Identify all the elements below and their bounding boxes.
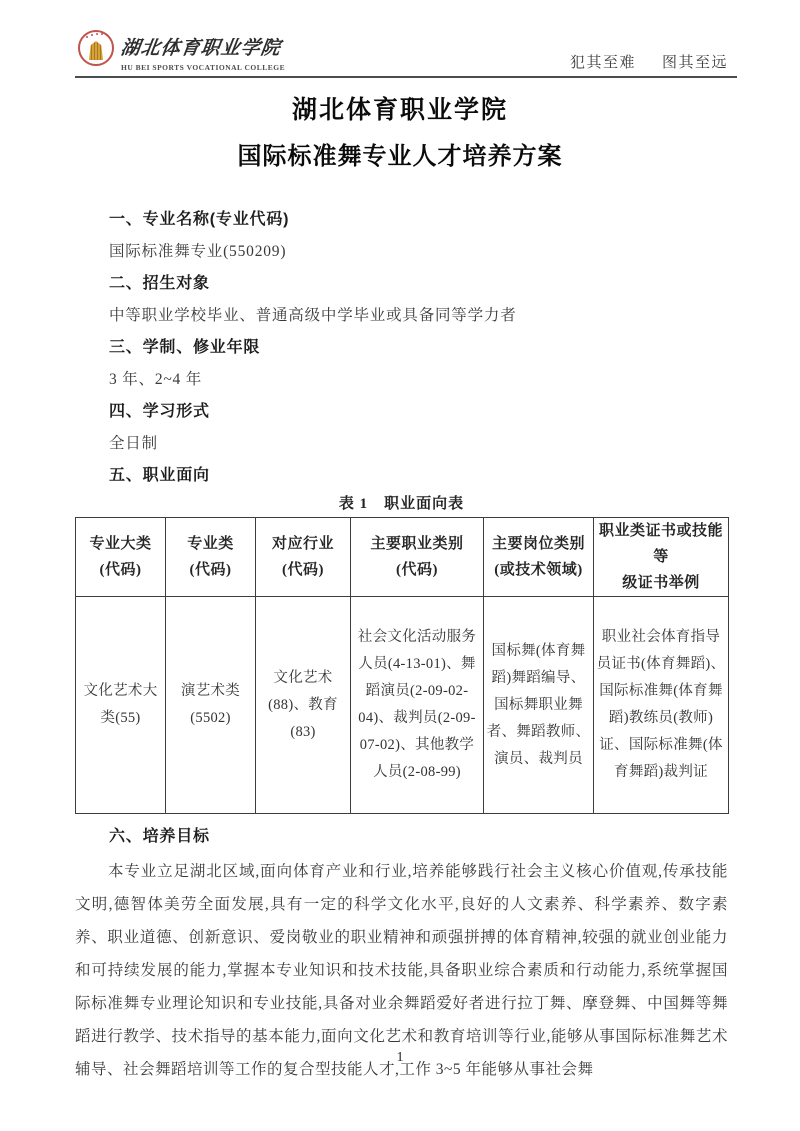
seal-arc-text-icon xyxy=(86,36,88,38)
header-text: (代码) xyxy=(352,557,482,583)
header-text: 级证书举例 xyxy=(595,570,727,596)
cell-post-category: 国标舞(体育舞蹈)舞蹈编导、国标舞职业舞者、舞蹈教师、演员、裁判员 xyxy=(484,597,594,814)
cell-occupation-category: 社会文化活动服务人员(4-13-01)、舞蹈演员(2-09-02-04)、裁判员… xyxy=(351,597,484,814)
header-text: 职业类证书或技能等 xyxy=(595,518,727,570)
section-heading-5: 五、职业面向 xyxy=(75,460,728,492)
header-text: (代码) xyxy=(257,557,349,583)
header-text: 对应行业 xyxy=(257,531,349,557)
col-header-major-class: 专业类 (代码) xyxy=(166,518,256,597)
section-heading-2: 二、招生对象 xyxy=(75,268,728,300)
document-title-line2: 国际标准舞专业人才培养方案 xyxy=(0,136,800,171)
section-body-2: 中等职业学校毕业、普通高级中学毕业或具备同等学力者 xyxy=(75,300,728,332)
cell-certificates: 职业社会体育指导员证书(体育舞蹈)、国际标准舞(体育舞蹈)教练员(教师)证、国际… xyxy=(594,597,729,814)
cell-major-category: 文化艺术大类(55) xyxy=(76,597,166,814)
career-orientation-table: 专业大类 (代码) 专业类 (代码) 对应行业 (代码) 主要职业类别 (代码) xyxy=(75,517,729,814)
section-body-4: 全日制 xyxy=(75,428,728,460)
col-header-major-category: 专业大类 (代码) xyxy=(76,518,166,597)
section-heading-6: 六、培养目标 xyxy=(75,822,728,852)
col-header-industry: 对应行业 (代码) xyxy=(256,518,351,597)
page-number: 1 xyxy=(0,1050,800,1066)
col-header-post-category: 主要岗位类别 (或技术领域) xyxy=(484,518,594,597)
college-brand: 湖北体育职业学院 HU BEI SPORTS VOCATIONAL COLLEG… xyxy=(121,33,285,72)
document-body: 一、专业名称(专业代码) 国际标准舞专业(550209) 二、招生对象 中等职业… xyxy=(75,204,728,1086)
section-heading-4: 四、学习形式 xyxy=(75,396,728,428)
college-seal-icon xyxy=(78,30,114,66)
header-text: (代码) xyxy=(167,557,254,583)
section-body-3: 3 年、2~4 年 xyxy=(75,364,728,396)
document-title-line1: 湖北体育职业学院 xyxy=(0,90,800,126)
table-header-row: 专业大类 (代码) 专业类 (代码) 对应行业 (代码) 主要职业类别 (代码) xyxy=(76,518,729,597)
cell-industry: 文化艺术(88)、教育(83) xyxy=(256,597,351,814)
college-name-english: HU BEI SPORTS VOCATIONAL COLLEGE xyxy=(121,63,285,72)
motto-part1: 犯其至难 xyxy=(570,55,636,71)
college-name-calligraphy: 湖北体育职业学院 xyxy=(119,33,287,60)
header-text: (或技术领域) xyxy=(485,557,592,583)
header-text: 专业大类 xyxy=(77,531,164,557)
table-row: 文化艺术大类(55) 演艺术类(5502) 文化艺术(88)、教育(83) 社会… xyxy=(76,597,729,814)
document-page: 湖北体育职业学院 HU BEI SPORTS VOCATIONAL COLLEG… xyxy=(0,0,800,1131)
seal-torch-icon xyxy=(89,41,103,60)
header-text: 主要岗位类别 xyxy=(485,531,592,557)
header-text: 专业类 xyxy=(167,531,254,557)
motto-part2: 图其至远 xyxy=(662,55,728,71)
col-header-occupation-category: 主要职业类别 (代码) xyxy=(351,518,484,597)
table-caption: 表 1 职业面向表 xyxy=(75,494,728,514)
header-text: (代码) xyxy=(77,557,164,583)
section-heading-1: 一、专业名称(专业代码) xyxy=(75,204,728,236)
header-text: 主要职业类别 xyxy=(352,531,482,557)
header-divider xyxy=(75,76,737,78)
cell-major-class: 演艺术类(5502) xyxy=(166,597,256,814)
section-body-1: 国际标准舞专业(550209) xyxy=(75,236,728,268)
section-heading-3: 三、学制、修业年限 xyxy=(75,332,728,364)
header-motto: 犯其至难图其至远 xyxy=(570,51,728,72)
col-header-certificates: 职业类证书或技能等 级证书举例 xyxy=(594,518,729,597)
